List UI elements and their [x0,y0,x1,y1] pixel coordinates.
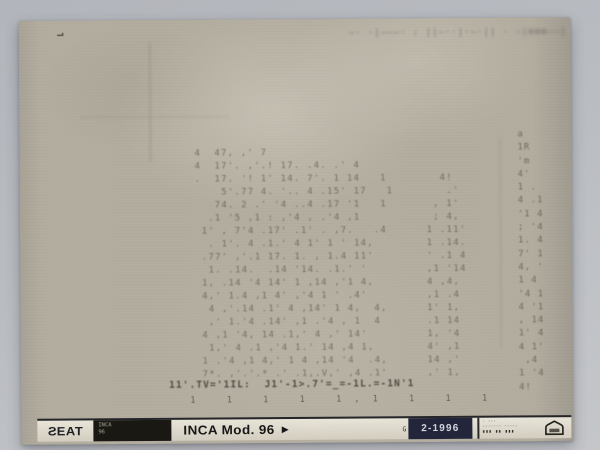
black-box-line2: 96 [98,428,171,435]
microtext-side-row: 1' 4 [519,328,545,341]
microtext-side-row: '1 4 [518,208,544,221]
microtext-side-column: a1R'm4'1 .4 .1'1 4; '41. 47' 14, '1 4'4 … [517,128,545,394]
microtext-side-row: 4 .1 [518,195,544,208]
microtext-side-row: 4 '1 [518,301,544,314]
seat-logo: SEAT [37,421,93,441]
footer-black-box: INCA 96 [93,420,171,442]
footer-title-area: INCA Mod. 96 ▶ [171,418,402,441]
footer-pre-code: G [402,425,406,433]
fiche-title: INCA Mod. 96 [183,423,274,438]
microtext-side-row: ,4 [519,354,545,367]
microtext-side-row: '4 1 [518,288,544,301]
footer-title-strip: SEAT INCA 96 INCA Mod. 96 ▶ G 2-1996 · ·… [37,415,571,442]
microtext-side-row: 1R [517,142,543,155]
microfiche-card: ⌐ –· ·|–––· : ||–··|·—·|| · –|≡≡≡––| 4 4… [19,17,574,445]
microtext-side-row: 1 4 [518,275,544,288]
microtext-side-row: 1 . [518,181,544,194]
microtext-side-row: , 14 [519,314,545,327]
microtext-side-row: 4! [519,381,545,394]
footer-info-box: · ··· ······· ····· ▮▮▮ ▮▮ ▮▮▮ [477,417,537,438]
microtext-side-row: ; '4 [518,221,544,234]
scratch-streak [499,138,501,348]
seat-logo-mirrored-s: S [47,424,56,438]
scratch-streak [79,115,229,118]
date-badge: 2-1996 [408,418,472,439]
frame-tick-row: 1 1 1 1 1 , 1 1 1 1 [181,394,491,406]
microtext-dense-row: 11'.TV='1IL: J1'-1>.7'=_=-1L.=-1N'1 [169,378,415,391]
microtext-grid: 4 47, ,' 74 17'. ,'.! 17. .4. .' 4. 17. … [194,146,467,382]
header-smudge-left: –· ·|–––· : ||–··|·—·|| · [349,28,510,39]
footer-logo-cell [537,417,571,438]
microtext-side-row: 4' [518,168,544,181]
microtext-side-row: 7' 1 [518,248,544,261]
microtext-side-row: a [517,128,543,141]
microtext-side-row: 4, ' [518,261,544,274]
microtext-side-row: 'm [517,155,543,168]
microtext-side-row: 1 '4 [519,368,545,381]
right-arrow-icon: ▶ [282,425,289,434]
seat-logo-rest: EAT [57,424,84,438]
house-logo-icon [542,419,566,436]
header-smudge-blob: –|≡≡≡––| [509,27,567,37]
scratch-streak [149,42,152,162]
microtext-side-row: 1. 4 [518,235,544,248]
microtext-side-row: 4 1' [519,341,545,354]
info-line3: ▮▮▮ ▮▮ ▮▮▮ [482,430,537,436]
header-smudge-text: –· ·|–––· : ||–··|·—·|| · –|≡≡≡––| [349,27,575,39]
corner-mark: ⌐ [57,28,64,42]
